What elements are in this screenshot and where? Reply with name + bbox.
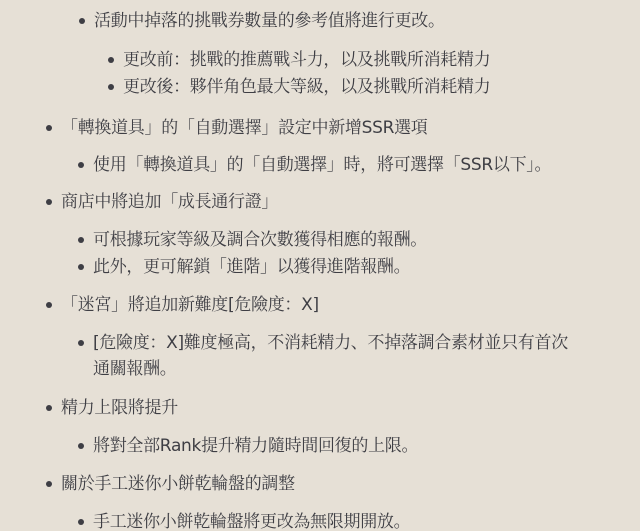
- bullet-icon: [79, 18, 85, 24]
- list-item: 更改前：挑戰的推薦戰斗力，以及挑戰所消耗精力: [123, 48, 490, 72]
- bullet-icon: [108, 57, 114, 63]
- list-item: 商店中將追加「成長通行證」: [61, 190, 278, 214]
- bullet-icon: [46, 405, 52, 411]
- list-item: 「迷宮」將追加新難度[危險度：X]: [61, 293, 319, 317]
- list-item: 此外，更可解鎖「進階」以獲得進階報酬。: [93, 255, 410, 279]
- list-item: 關於手工迷你小餅乾輪盤的調整: [61, 472, 295, 496]
- bullet-icon: [78, 237, 84, 243]
- bullet-icon: [46, 125, 52, 131]
- list-item: 使用「轉換道具」的「自動選擇」時，將可選擇「SSR以下」。: [93, 153, 551, 177]
- bullet-icon: [46, 302, 52, 308]
- bullet-icon: [78, 443, 84, 449]
- bullet-icon: [46, 481, 52, 487]
- bullet-icon: [78, 162, 84, 168]
- list-item: 將對全部Rank提升精力隨時間回復的上限。: [93, 434, 418, 458]
- bullet-icon: [46, 199, 52, 205]
- bullet-icon: [108, 84, 114, 90]
- list-item: 精力上限將提升: [61, 396, 178, 420]
- list-item: 活動中掉落的挑戰券數量的參考值將進行更改。: [94, 9, 445, 33]
- list-item: 「轉換道具」的「自動選擇」設定中新增SSR選項: [61, 116, 428, 140]
- bullet-icon: [78, 264, 84, 270]
- list-item: 可根據玩家等級及調合次數獲得相應的報酬。: [93, 228, 427, 252]
- bullet-icon: [78, 519, 84, 525]
- list-item-continuation: 通關報酬。: [93, 357, 177, 381]
- list-item: 手工迷你小餅乾輪盤將更改為無限期開放。: [93, 510, 410, 531]
- bullet-icon: [78, 340, 84, 346]
- list-item: [危險度：X]難度極高，不消耗精力、不掉落調合素材並只有首次: [93, 331, 568, 355]
- patch-notes-list: 活動中掉落的挑戰券數量的參考值將進行更改。 更改前：挑戰的推薦戰斗力，以及挑戰所…: [0, 0, 640, 531]
- list-item: 更改後：夥伴角色最大等級，以及挑戰所消耗精力: [123, 75, 490, 99]
